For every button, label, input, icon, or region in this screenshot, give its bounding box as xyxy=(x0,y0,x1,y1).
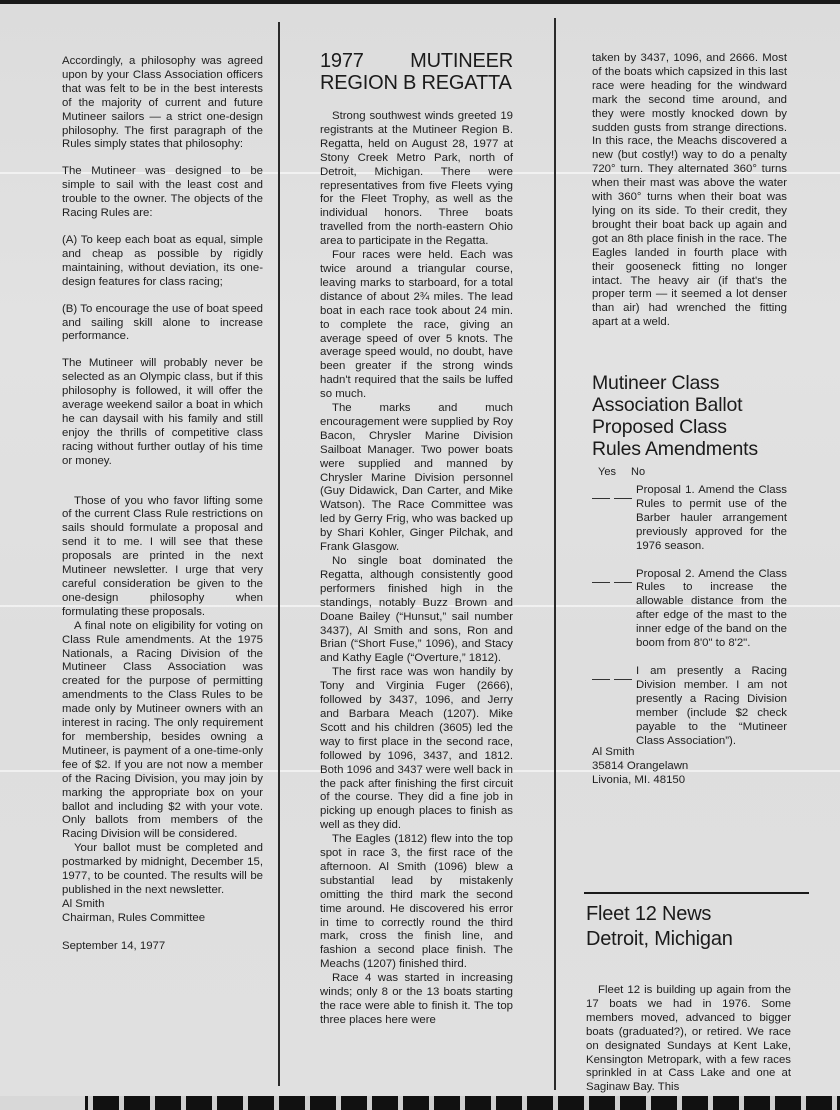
proposal-text: Proposal 2. Amend the Class Rules to inc… xyxy=(636,568,787,651)
paragraph: No single boat dominated the Regatta, al… xyxy=(320,555,513,666)
return-name: Al Smith xyxy=(592,746,787,760)
paragraph: The Mutineer will probably never be sele… xyxy=(62,357,263,468)
regatta-headline: 1977 MUTINEER REGION B REGATTA xyxy=(320,50,513,94)
nonmember-blank[interactable] xyxy=(614,679,632,680)
paragraph: Four races were held. Each was twice aro… xyxy=(320,249,513,402)
paragraph: The Mutineer was designed to be simple t… xyxy=(62,165,263,221)
ballot-column-labels: Yes No xyxy=(598,466,787,480)
ballot-membership: I am presently a Racing Division member.… xyxy=(592,665,787,748)
letter-date: September 14, 1977 xyxy=(62,940,263,954)
column-divider-right xyxy=(554,18,556,1090)
column-rules-letter: Accordingly, a philosophy was agreed upo… xyxy=(62,55,263,954)
paragraph: Those of you who favor lifting some of t… xyxy=(62,495,263,620)
paragraph: The Eagles (1812) flew into the top spot… xyxy=(320,833,513,972)
paragraph: Strong southwest winds greeted 19 regist… xyxy=(320,110,513,249)
no-vote-blank[interactable] xyxy=(614,582,632,583)
ballot-proposal-2: Proposal 2. Amend the Class Rules to inc… xyxy=(592,568,787,651)
section-rule xyxy=(584,892,809,894)
paragraph: (B) To encourage the use of boat speed a… xyxy=(62,303,263,345)
fleet-headline: Fleet 12 News Detroit, Michigan xyxy=(586,902,766,952)
return-street: 35814 Orangelawn xyxy=(592,760,787,774)
regatta-continuation: taken by 3437, 1096, and 2666. Most of t… xyxy=(592,52,787,330)
paragraph: (A) To keep each boat as equal, simple a… xyxy=(62,234,263,290)
return-city: Livonia, MI. 48150 xyxy=(592,774,787,788)
yes-vote-blank[interactable] xyxy=(592,582,610,583)
scan-top-edge xyxy=(0,0,840,4)
signature-name: Al Smith xyxy=(62,898,263,912)
column-regatta-article: 1977 MUTINEER REGION B REGATTA Strong so… xyxy=(320,50,513,1028)
no-vote-blank[interactable] xyxy=(614,498,632,499)
yes-label: Yes xyxy=(598,466,616,478)
paragraph: Accordingly, a philosophy was agreed upo… xyxy=(62,55,263,152)
paragraph: Your ballot must be completed and postma… xyxy=(62,842,263,898)
paragraph: The marks and much encouragement were su… xyxy=(320,402,513,555)
proposal-text: Proposal 1. Amend the Class Rules to per… xyxy=(636,484,787,554)
yes-vote-blank[interactable] xyxy=(592,498,610,499)
newsletter-page: Accordingly, a philosophy was agreed upo… xyxy=(0,0,840,1110)
member-blank[interactable] xyxy=(592,679,610,680)
paragraph: Fleet 12 is building up again from the 1… xyxy=(586,984,791,1095)
scan-bottom-edge xyxy=(0,1096,840,1110)
ballot-proposal-1: Proposal 1. Amend the Class Rules to per… xyxy=(592,484,787,554)
column-divider-left xyxy=(278,22,280,1086)
paragraph: A final note on eligibility for voting o… xyxy=(62,620,263,843)
membership-text: I am presently a Racing Division member.… xyxy=(636,665,787,748)
signature-title: Chairman, Rules Committee xyxy=(62,912,263,926)
ballot-headline: Mutineer Class Association Ballot Propos… xyxy=(592,372,762,460)
column-ballot-and-fleet: taken by 3437, 1096, and 2666. Most of t… xyxy=(592,52,787,788)
paragraph: The first race was won handily by Tony a… xyxy=(320,666,513,833)
no-label: No xyxy=(631,466,645,478)
fleet-news-section: Fleet 12 News Detroit, Michigan Fleet 12… xyxy=(586,902,791,1095)
paragraph: Race 4 was started in increasing winds; … xyxy=(320,972,513,1028)
